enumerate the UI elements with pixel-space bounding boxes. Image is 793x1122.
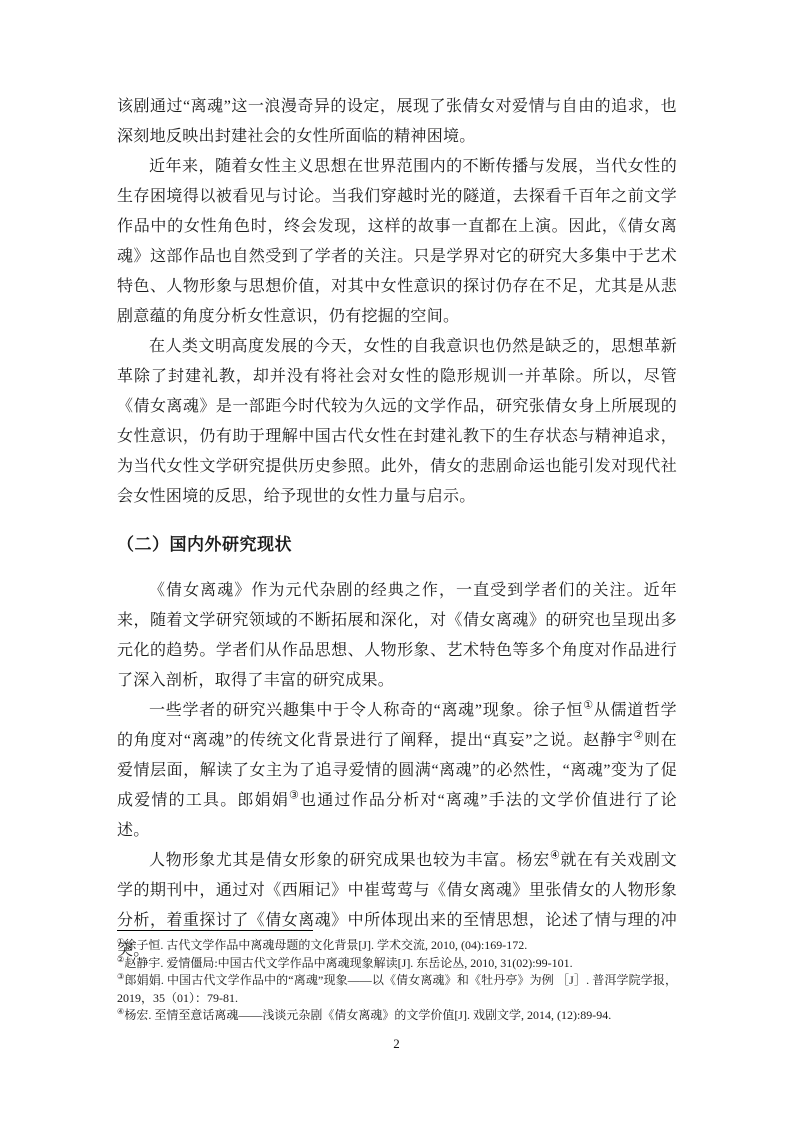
paragraph: 在人类文明高度发展的今天，女性的自我意识也仍然是缺乏的，思想革新革除了封建礼教，… — [117, 332, 677, 512]
footnote-item: ④杨宏. 至情至意话离魂——浅谈元杂剧《倩女离魂》的文学价值[J]. 戏剧文学,… — [117, 1007, 677, 1025]
paragraph: 一些学者的研究兴趣集中于令人称奇的“离魂”现象。徐子恒①从儒道哲学的角度对“离魂… — [117, 696, 677, 846]
footnote-item: ②赵静宇. 爱情僵局:中国古代文学作品中离魂现象解读[J]. 东岳论丛, 201… — [117, 955, 677, 973]
page-number: 2 — [0, 1036, 793, 1052]
footnote-ref-marker: ② — [117, 955, 124, 964]
footnote-ref-marker: ① — [117, 937, 124, 946]
footnote-ref-marker: ④ — [117, 1007, 124, 1016]
footnote-ref-marker: ② — [633, 730, 643, 742]
footnote-separator — [117, 930, 313, 931]
document-page: 该剧通过“离魂”这一浪漫奇异的设定，展现了张倩女对爱情与自由的追求，也深刻地反映… — [0, 0, 793, 1122]
footnote-ref-marker: ③ — [117, 972, 124, 981]
footnote-item: ③郎娟娟. 中国古代文学作品中的“离魂”现象——以《倩女离魂》和《牡丹亭》为例 … — [117, 972, 677, 1007]
footnote-ref-marker: ① — [583, 700, 594, 712]
footnote-ref-marker: ③ — [289, 790, 300, 802]
footnote-section: ①徐子恒. 古代文学作品中离魂母题的文化背景[J]. 学术交流, 2010, (… — [117, 930, 677, 1025]
paragraph: 近年来，随着女性主义思想在世界范围内的不断传播与发展，当代女性的生存困境得以被看… — [117, 152, 677, 332]
footnote-item: ①徐子恒. 古代文学作品中离魂母题的文化背景[J]. 学术交流, 2010, (… — [117, 937, 677, 955]
section-heading: （二）国内外研究现状 — [117, 530, 677, 560]
paragraph-continuation: 该剧通过“离魂”这一浪漫奇异的设定，展现了张倩女对爱情与自由的追求，也深刻地反映… — [117, 92, 677, 152]
page-body-text: 该剧通过“离魂”这一浪漫奇异的设定，展现了张倩女对爱情与自由的追求，也深刻地反映… — [117, 92, 677, 966]
footnote-ref-marker: ④ — [550, 850, 560, 862]
paragraph: 《倩女离魂》作为元代杂剧的经典之作，一直受到学者们的关注。近年来，随着文学研究领… — [117, 576, 677, 696]
